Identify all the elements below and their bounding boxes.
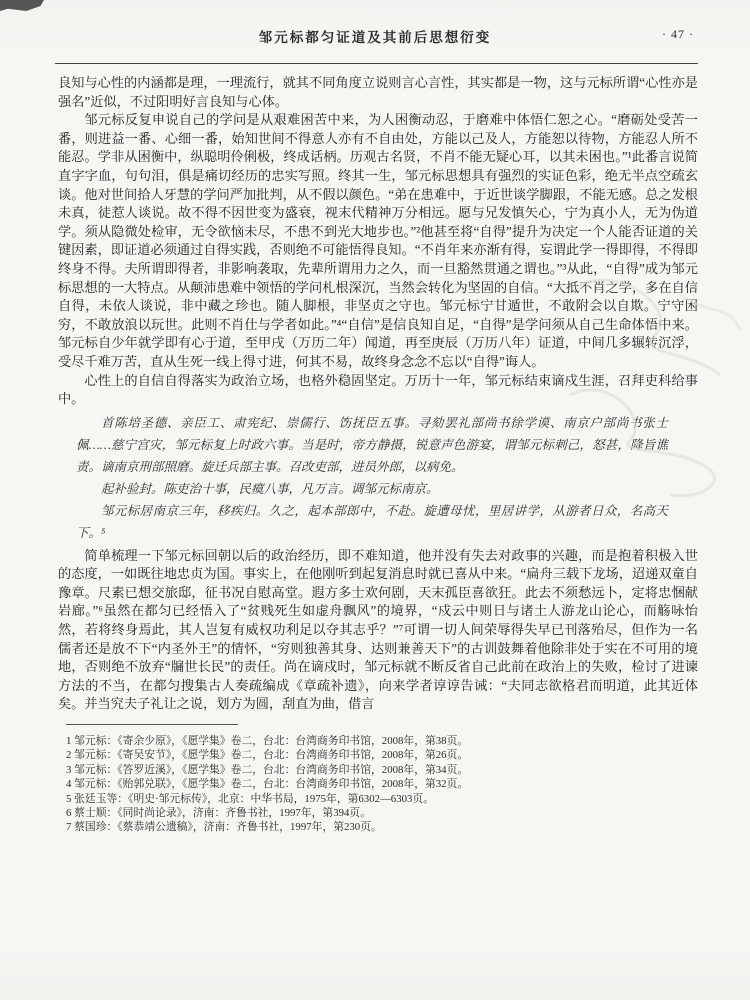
footnote: 1 邹元标：《寄余少原》，《愿学集》卷二，台北：台湾商务印书馆，2008年，第3…	[66, 734, 698, 748]
block-quote: 首陈培圣德、亲臣工、肃宪纪、崇儒行、饬抚臣五事。寻劾罢礼部尚书徐学谟、南京户部尚…	[76, 412, 668, 544]
page-header: 邹元标都匀证道及其前后思想衍变 · 47 ·	[0, 0, 750, 56]
footnote: 6 蔡士顺：《同时尚论录》，济南：齐鲁书社，1997年，第394页。	[66, 806, 698, 820]
page-number: · 47 ·	[662, 27, 694, 42]
quote-paragraph: 起补验封。陈吏治十事，民瘼八事，凡万言。调邹元标南京。	[76, 478, 668, 500]
footnote-list: 1 邹元标：《寄余少原》，《愿学集》卷二，台北：台湾商务印书馆，2008年，第3…	[58, 734, 698, 835]
quote-paragraph: 邹元标居南京三年，移疾归。久之，起本部郎中，不赴。旋遭母忧，里居讲学，从游者日众…	[76, 500, 668, 544]
paragraph: 邹元标反复申说自己的学问是从艰难困苦中来，为人困衡动忍，于磨难中体悟仁恕之心。“…	[58, 111, 698, 371]
page-title: 邹元标都匀证道及其前后思想衍变	[0, 26, 750, 46]
paragraph: 心性上的自信自得落实为政治立场，也格外稳固坚定。万历十一年，邹元标结束谪戍生涯，…	[58, 372, 698, 409]
footnote: 7 蔡国珍：《蔡恭靖公遗稿》，济南：齐鲁书社，1997年，第230页。	[66, 820, 698, 834]
paragraph: 良知与心性的内涵都是理，一理流行，就其不同角度立说则言心言性，其实都是一物，这与…	[58, 74, 698, 111]
article-body: 良知与心性的内涵都是理，一理流行，就其不同角度立说则言心言性，其实都是一物，这与…	[0, 64, 750, 835]
paragraph: 简单梳理一下邹元标回朝以后的政治经历，即不难知道，他并没有失去对政事的兴趣，而是…	[58, 547, 698, 714]
scanned-page: 邹元标都匀证道及其前后思想衍变 · 47 · 良知与心性的内涵都是理，一理流行，…	[0, 0, 750, 1000]
footnote: 4 邹元标：《贻郭兑联》，《愿学集》卷二，台北：台湾商务印书馆，2008年，第3…	[66, 777, 698, 791]
footnote: 2 邹元标：《寄吴安节》，《愿学集》卷二，台北：台湾商务印书馆，2008年，第2…	[66, 748, 698, 762]
footnote-divider	[66, 724, 238, 725]
footnote: 3 邹元标：《答罗近溪》，《愿学集》卷二，台北：台湾商务印书馆，2008年，第3…	[66, 763, 698, 777]
footnote: 5 张廷玉等：《明史·邹元标传》，北京：中华书局，1975年，第6302—630…	[66, 792, 698, 806]
quote-paragraph: 首陈培圣德、亲臣工、肃宪纪、崇儒行、饬抚臣五事。寻劾罢礼部尚书徐学谟、南京户部尚…	[76, 412, 668, 478]
